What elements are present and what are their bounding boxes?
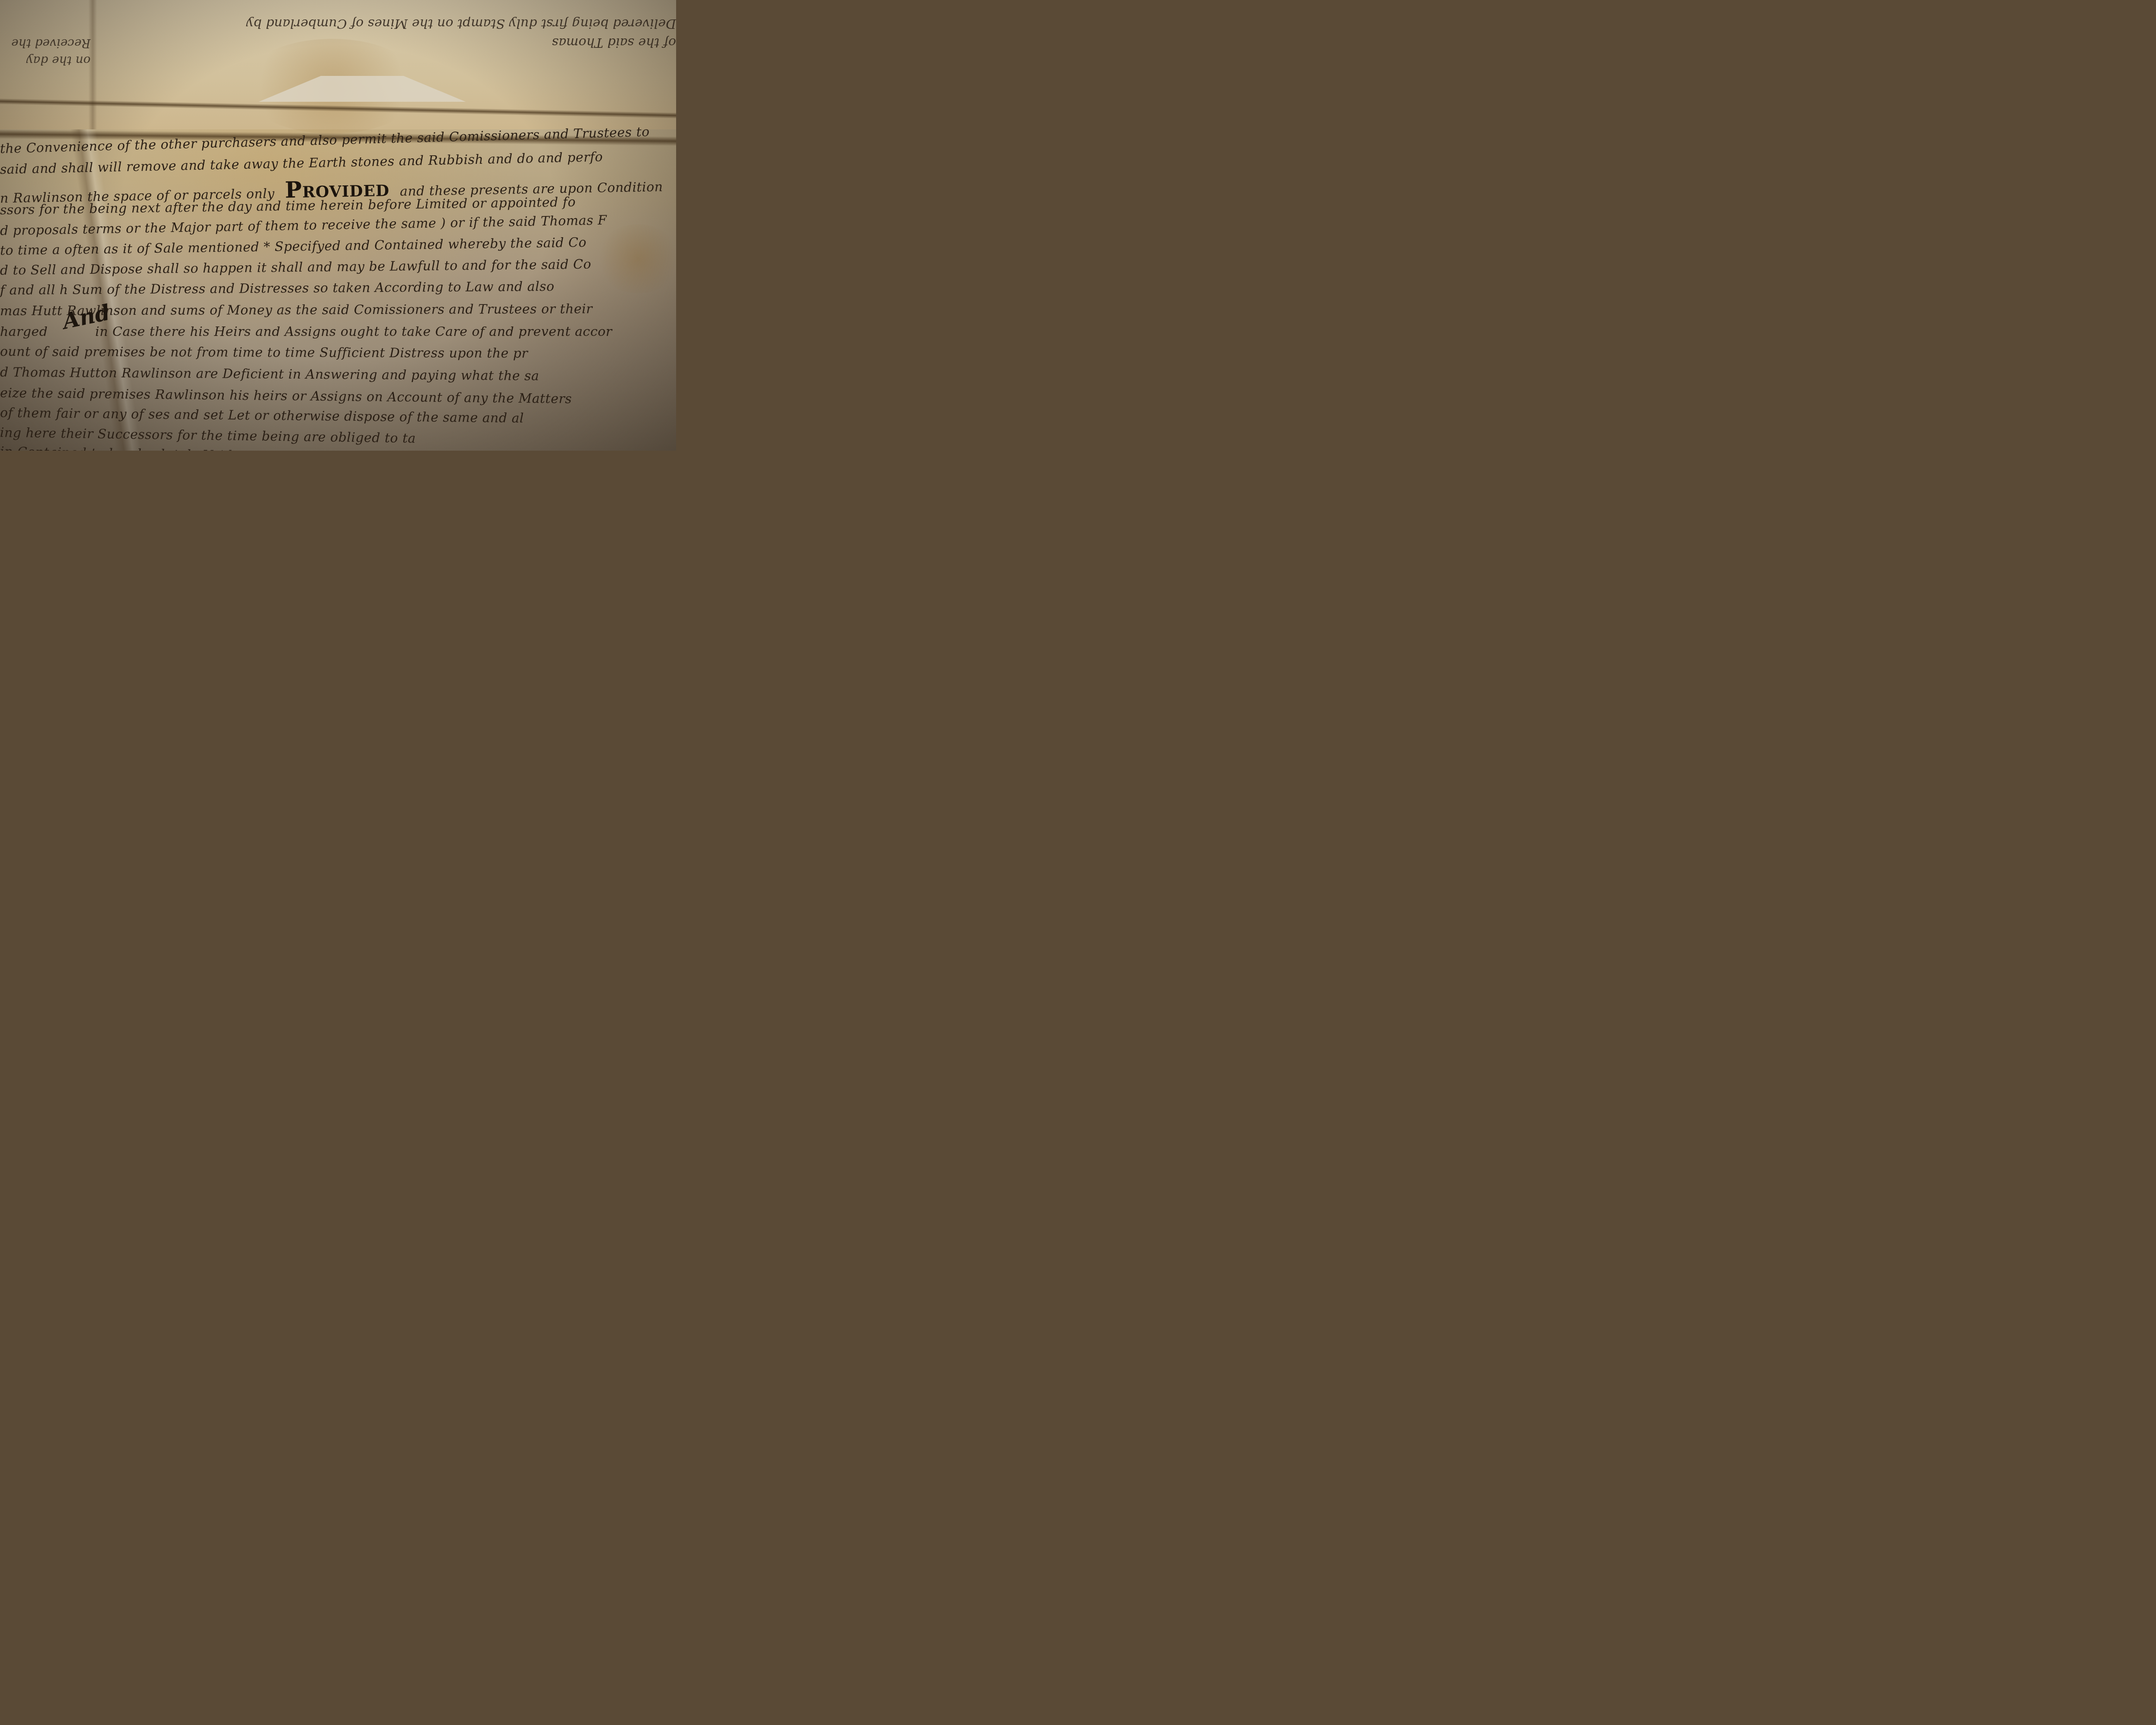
inverted-line: of the said Thomas bbox=[129, 33, 676, 52]
line-text: d Thomas Hutton Rawlinson are Deficient … bbox=[0, 365, 539, 384]
inverted-text-right: of the said Thomas Delivered being first… bbox=[129, 0, 676, 52]
age-stain bbox=[595, 224, 676, 293]
inverted-line: Received the bbox=[0, 34, 91, 52]
deed-line: d Thomas Hutton Rawlinson are Deficient … bbox=[0, 365, 539, 384]
deed-line: ount of said premises be not from time t… bbox=[0, 344, 528, 361]
line-text: ing here their Successors for the time b… bbox=[0, 425, 416, 446]
deed-photograph: of the said Thomas Delivered being first… bbox=[0, 0, 676, 451]
line-text: in Case there his Heirs and Assigns ough… bbox=[95, 324, 612, 339]
line-text: of them fair or any of ses and set Let o… bbox=[0, 405, 524, 426]
deed-line: eize the said premises Rawlinson his hei… bbox=[0, 386, 572, 407]
deed-line: of them fair or any of ses and set Let o… bbox=[0, 405, 524, 426]
inverted-line: Delivered being first duly Stampt on the… bbox=[129, 14, 676, 33]
line-text: f and all h Sum of the Distress and Dist… bbox=[0, 279, 555, 298]
line-text: eize the said premises Rawlinson his hei… bbox=[0, 386, 572, 407]
inverted-line: on the day bbox=[0, 52, 91, 69]
inverted-text-left: on the day Received the bbox=[0, 0, 91, 69]
deed-line: ing here their Successors for the time b… bbox=[0, 425, 416, 446]
line-text: harged bbox=[0, 324, 48, 339]
line-text: ount of said premises be not from time t… bbox=[0, 344, 528, 361]
deed-line: f and all h Sum of the Distress and Dist… bbox=[0, 279, 555, 298]
